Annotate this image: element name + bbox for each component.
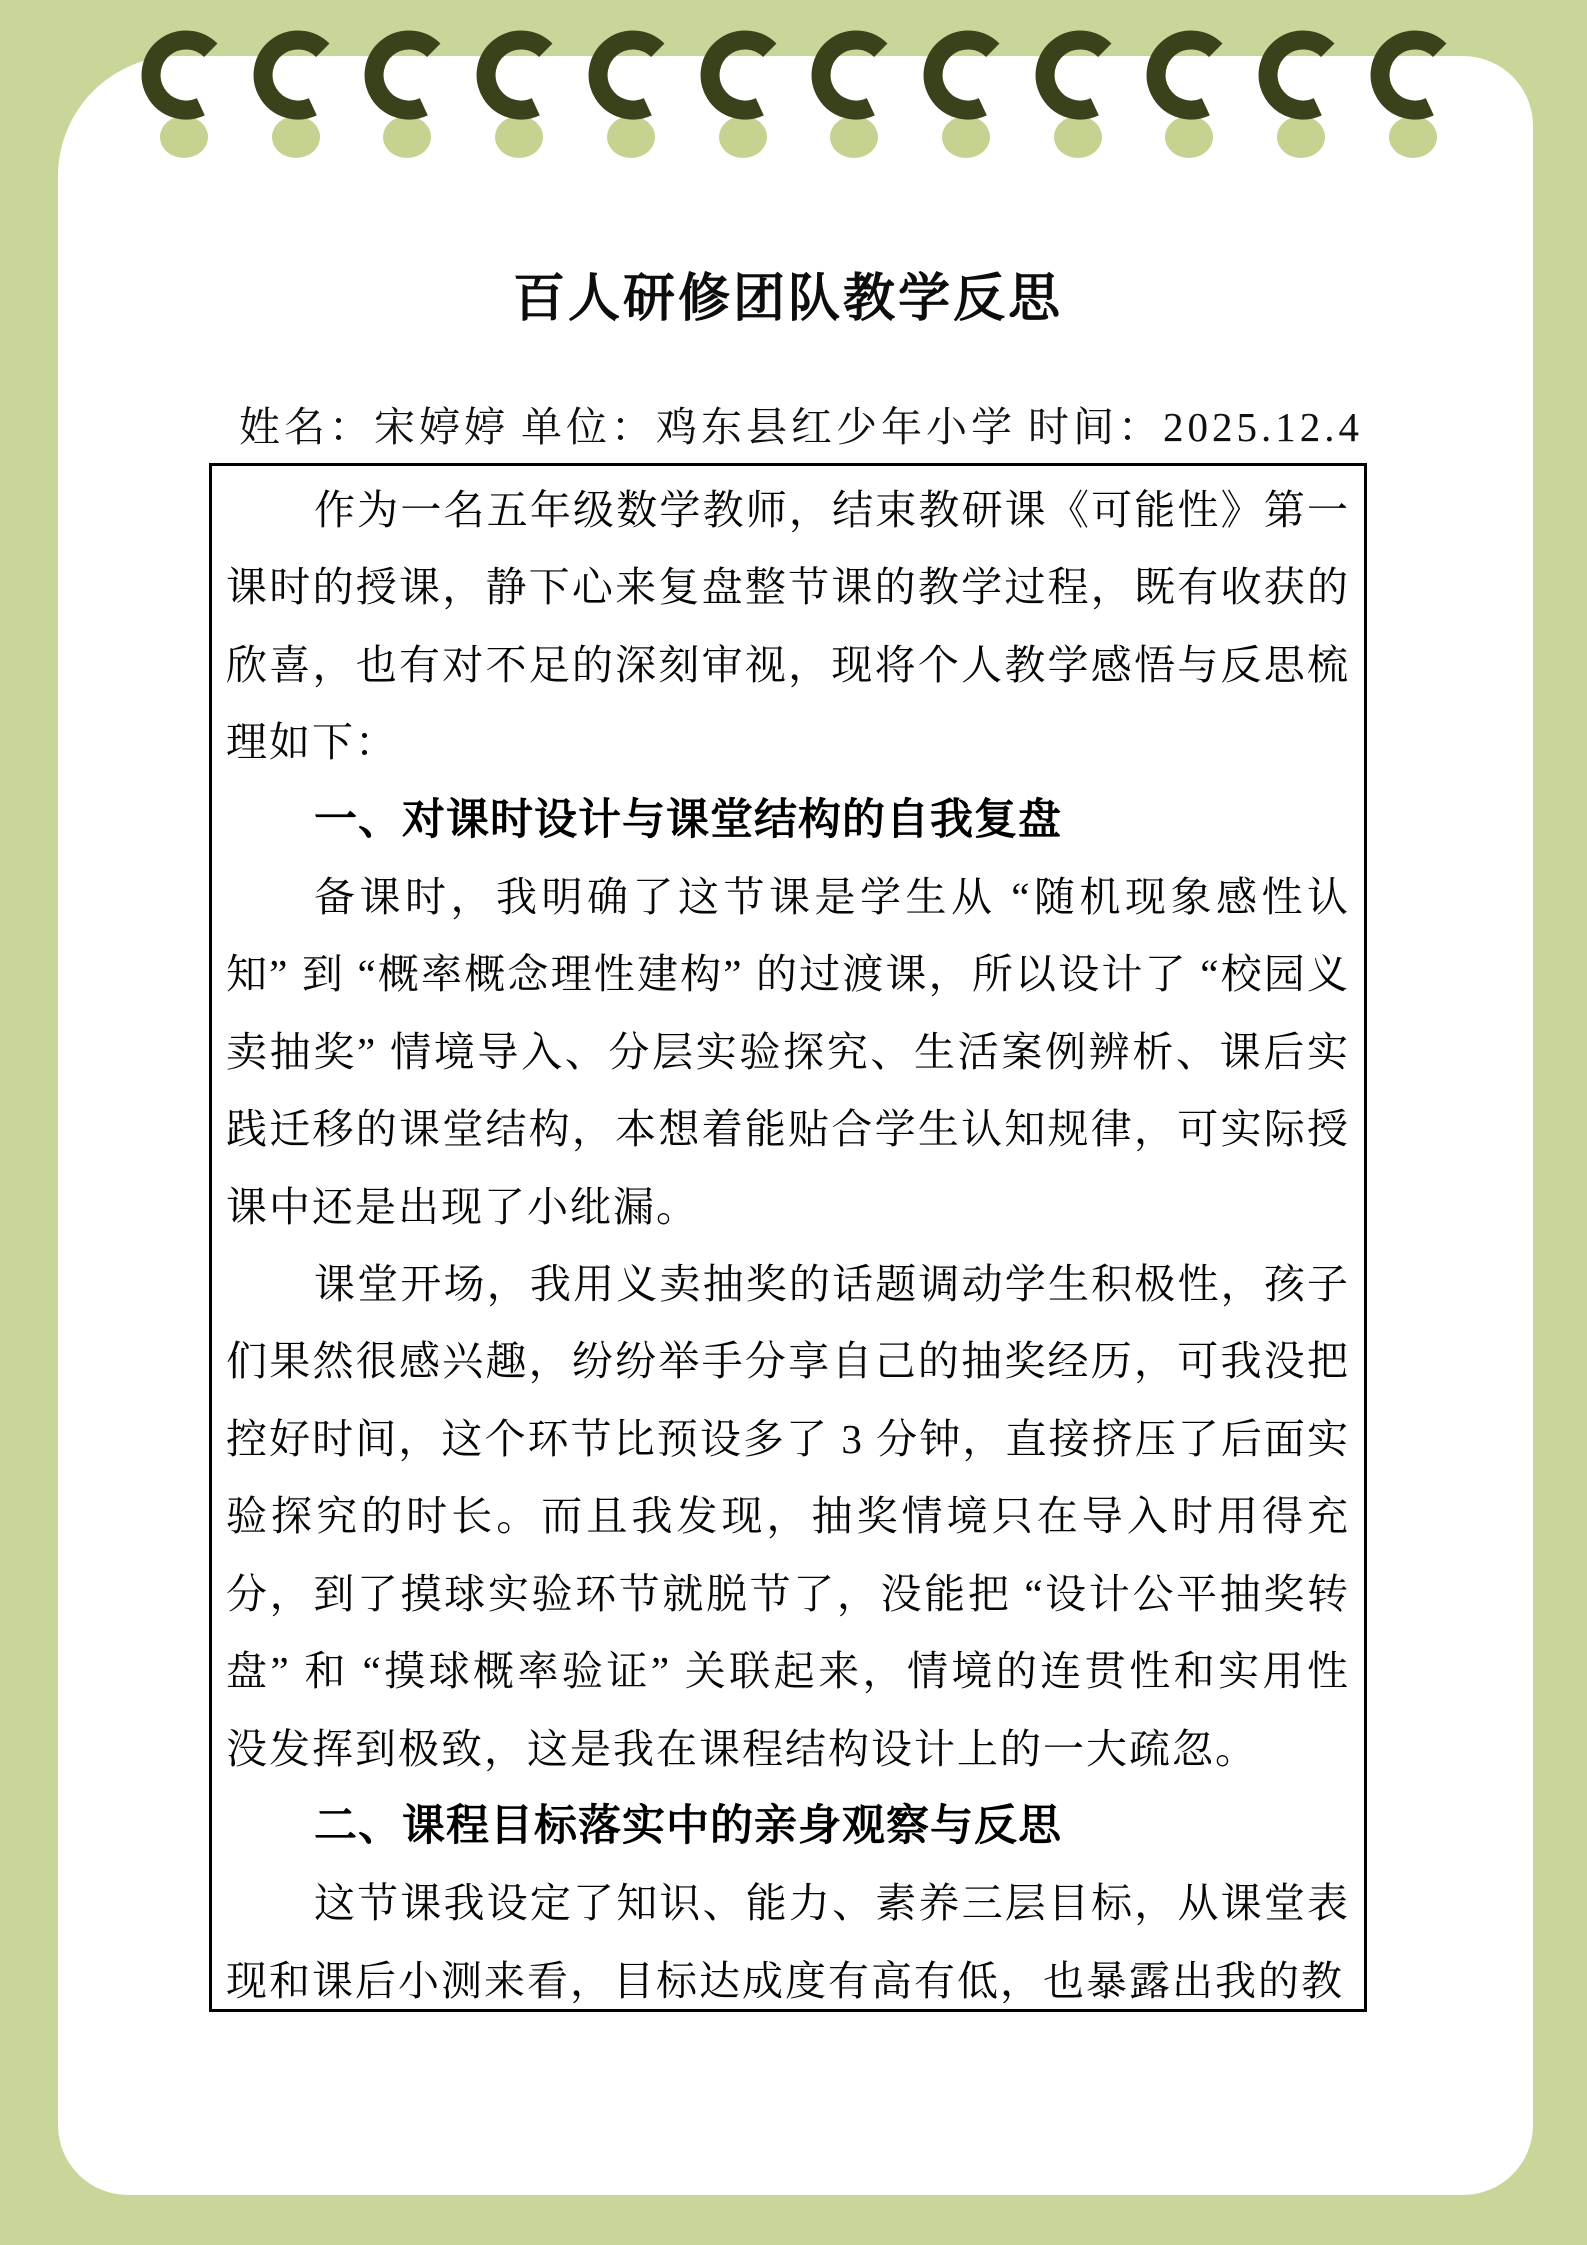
paragraph-goals: 这节课我设定了知识、能力、素养三层目标，从课堂表现和课后小测来看，目标达成度有高… xyxy=(226,1865,1350,2012)
reflection-text-box: 作为一名五年级数学教师，结束教研课《可能性》第一课时的授课，静下心来复盘整节课的… xyxy=(209,463,1367,2012)
spiral-ring-icon xyxy=(1253,28,1353,178)
section-heading-2: 二、课程目标落实中的亲身观察与反思 xyxy=(226,1788,1350,1865)
meta-name: 姓名：宋婷婷 xyxy=(239,394,509,453)
spiral-ring-icon xyxy=(136,28,236,178)
meta-unit-label: 单位： xyxy=(521,404,656,450)
spiral-ring-icon xyxy=(806,28,906,178)
spiral-ring-icon xyxy=(1365,28,1465,178)
spiral-ring-icon xyxy=(471,28,571,178)
spiral-ring-icon xyxy=(1030,28,1130,178)
meta-row: 姓名：宋婷婷 单位：鸡东县红少年小学 时间：2025.12.4 xyxy=(209,394,1367,453)
paragraph-prep: 备课时，我明确了这节课是学生从 “随机现象感性认知” 到 “概率概念理性建构” … xyxy=(226,859,1350,1246)
paragraph-intro: 作为一名五年级数学教师，结束教研课《可能性》第一课时的授课，静下心来复盘整节课的… xyxy=(226,472,1350,782)
meta-name-value: 宋婷婷 xyxy=(374,404,509,450)
meta-time-label: 时间： xyxy=(1028,404,1163,450)
spiral-ring-icon xyxy=(583,28,683,178)
spiral-ring-icon xyxy=(1141,28,1241,178)
notebook-page: 百人研修团队教学反思 姓名：宋婷婷 单位：鸡东县红少年小学 时间：2025.12… xyxy=(0,0,1587,2245)
meta-time: 时间：2025.12.4 xyxy=(1028,394,1363,453)
spiral-binding xyxy=(0,0,1587,180)
meta-time-value: 2025.12.4 xyxy=(1163,404,1363,450)
section-heading-1: 一、对课时设计与课堂结构的自我复盘 xyxy=(226,782,1350,859)
spiral-ring-icon xyxy=(248,28,348,178)
spiral-ring-icon xyxy=(695,28,795,178)
meta-name-label: 姓名： xyxy=(239,404,374,450)
spiral-ring-icon xyxy=(359,28,459,178)
paragraph-classroom: 课堂开场，我用义卖抽奖的话题调动学生积极性，孩子们果然很感兴趣，纷纷举手分享自己… xyxy=(226,1246,1350,1788)
spiral-ring-icon xyxy=(918,28,1018,178)
meta-unit-value: 鸡东县红少年小学 xyxy=(656,404,1016,450)
page-title: 百人研修团队教学反思 xyxy=(209,256,1367,331)
meta-unit: 单位：鸡东县红少年小学 xyxy=(521,394,1016,453)
